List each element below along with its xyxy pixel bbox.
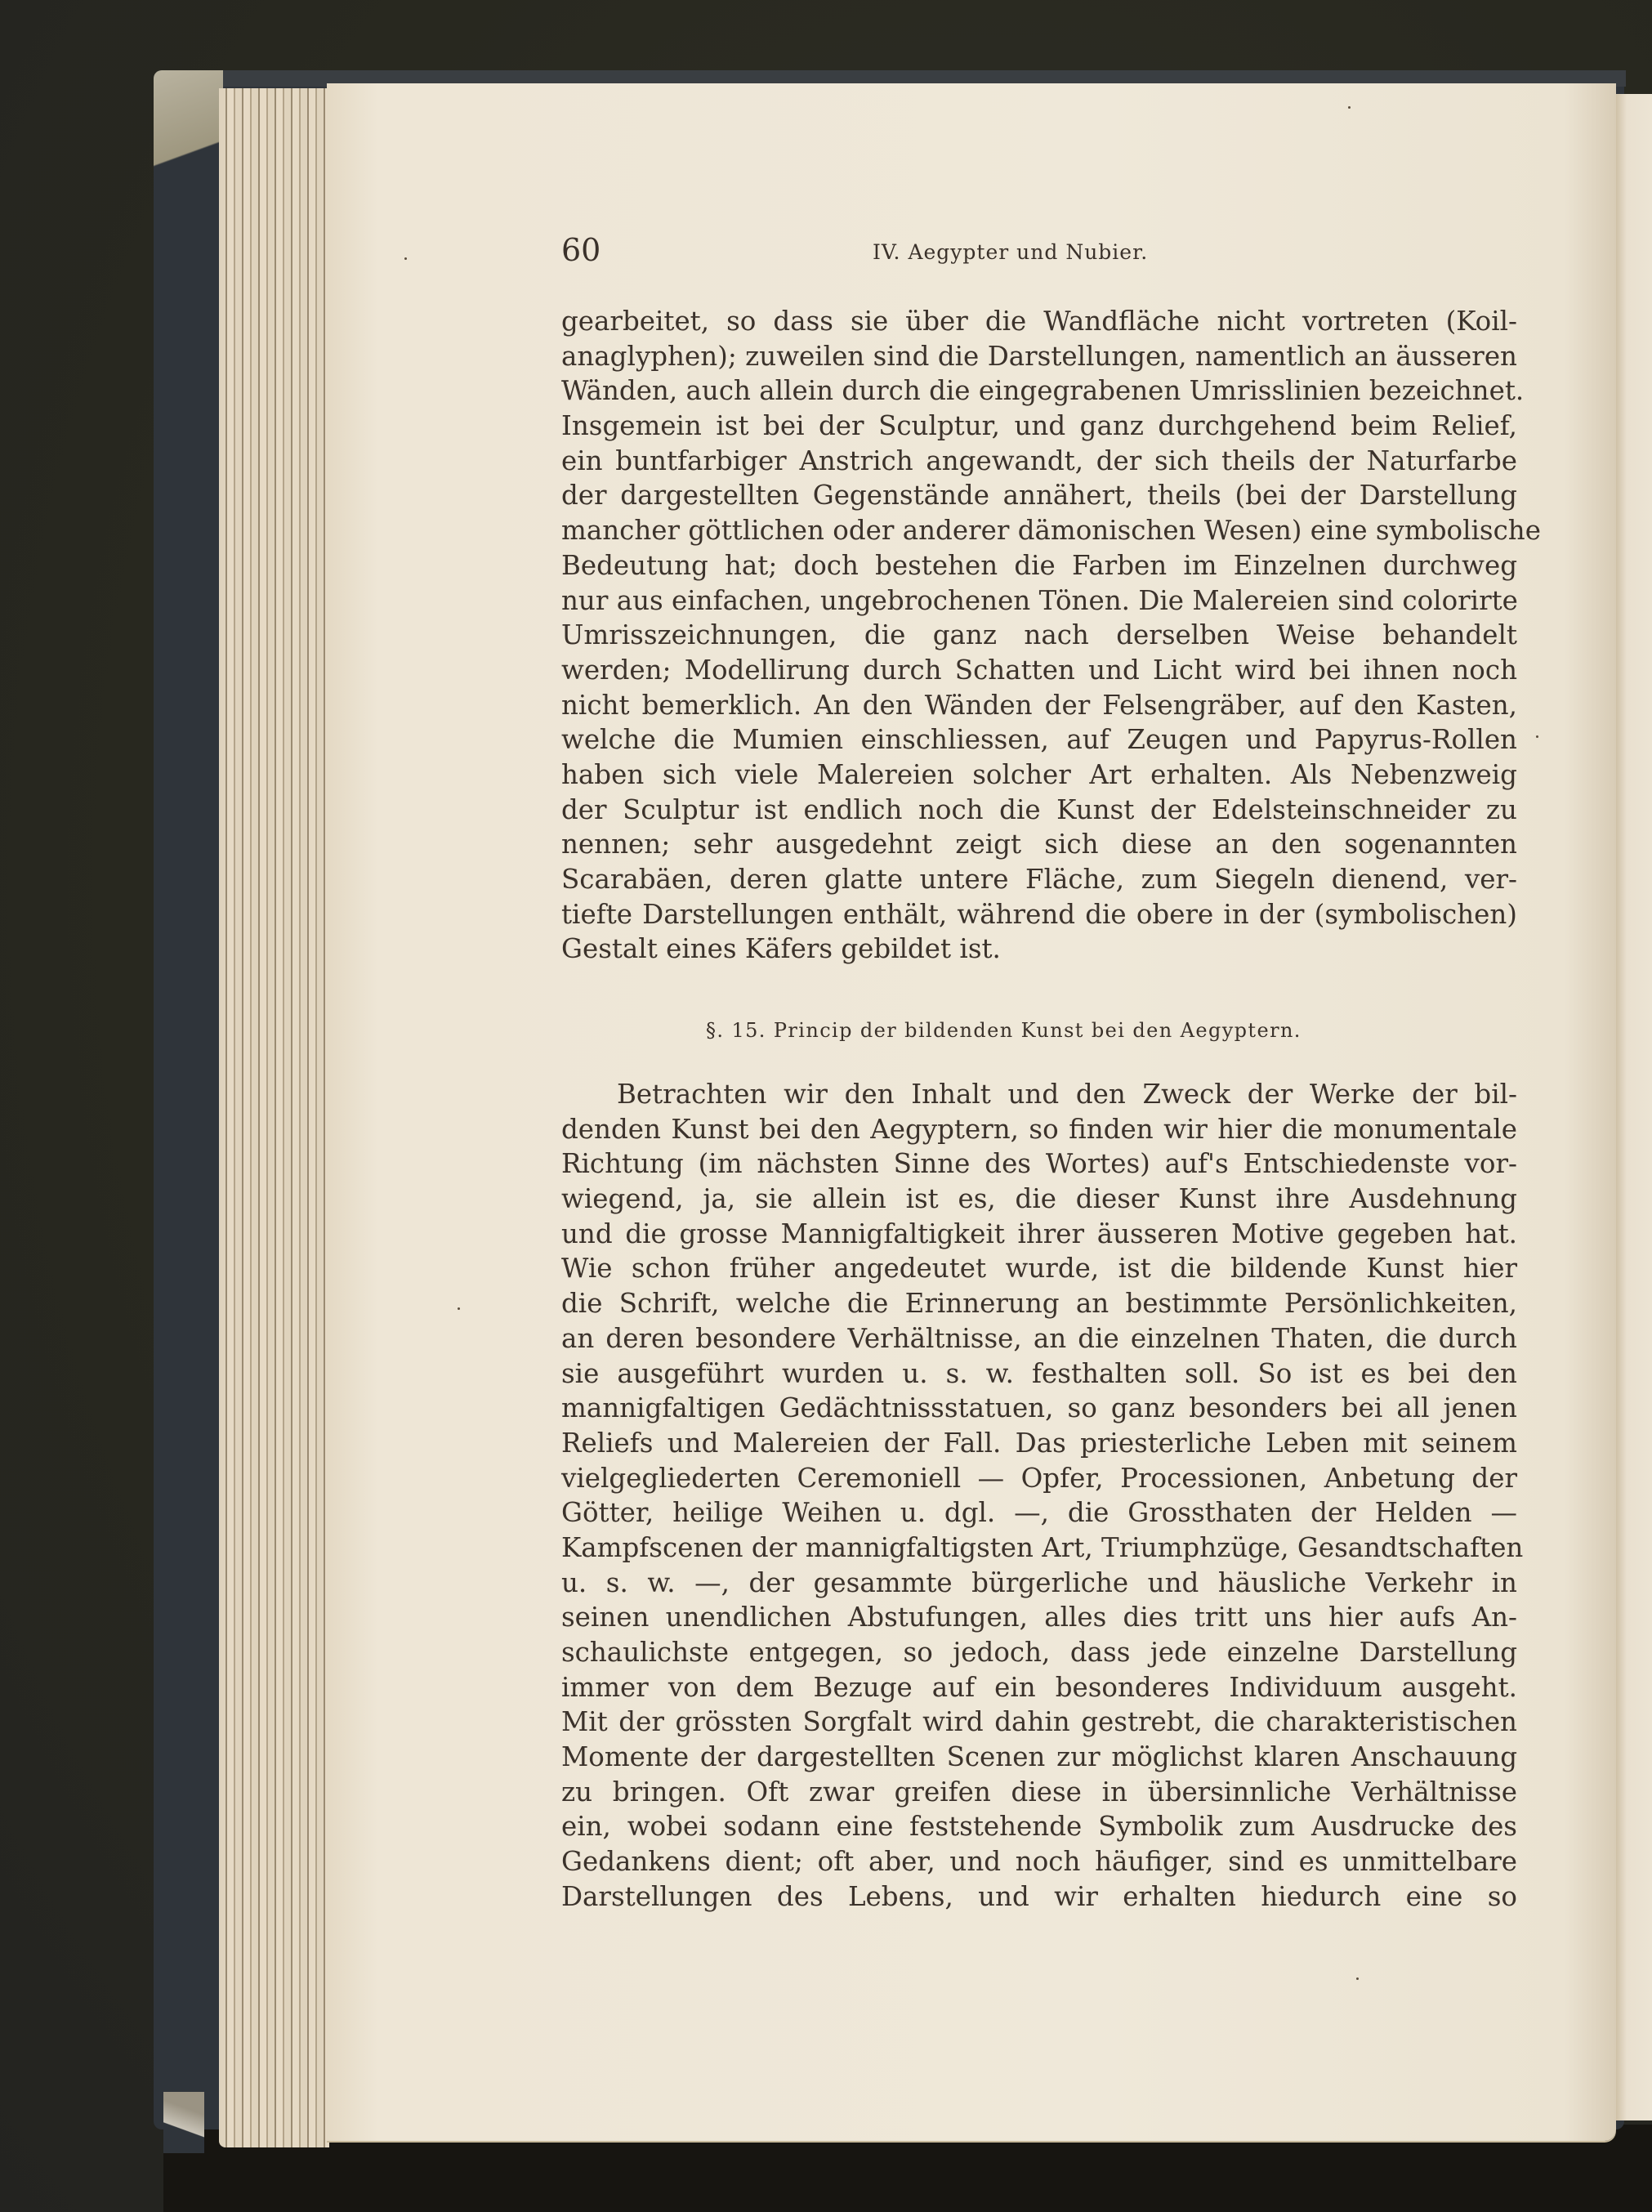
text-line: gearbeitet, so dass sie über die Wandflä… xyxy=(561,304,1517,339)
text-line: u. s. w. —, der gesammte bürgerliche und… xyxy=(561,1566,1517,1601)
text-line: vielgegliederten Ceremoniell — Opfer, Pr… xyxy=(561,1461,1517,1496)
text-line: Kampfscenen der mannigfaltigsten Art, Tr… xyxy=(561,1531,1517,1566)
text-line: der dargestellten Gegenstände annähert, … xyxy=(561,478,1517,513)
running-head: 60 IV. Aegypter und Nubier. xyxy=(561,234,1517,266)
text-line: ein buntfarbiger Anstrich angewandt, der… xyxy=(561,444,1517,479)
text-line: ein, wobei sodann eine feststehende Symb… xyxy=(561,1809,1517,1844)
text-line: Betrachten wir den Inhalt und den Zweck … xyxy=(561,1077,1517,1112)
page-edges-stack xyxy=(219,88,329,2147)
text-line: Wänden, auch allein durch die eingegrabe… xyxy=(561,373,1517,409)
text-line: Momente der dargestellten Scenen zur mög… xyxy=(561,1740,1517,1775)
text-line: nur aus einfachen, ungebrochenen Tönen. … xyxy=(561,583,1517,619)
text-line: denden Kunst bei den Aegyptern, so finde… xyxy=(561,1112,1517,1147)
text-line: sie ausgeführt wurden u. s. w. festhalte… xyxy=(561,1356,1517,1392)
text-line: seinen unendlichen Abstufungen, alles di… xyxy=(561,1600,1517,1635)
text-line: zu bringen. Oft zwar greifen diese in üb… xyxy=(561,1775,1517,1810)
text-line: haben sich viele Malereien solcher Art e… xyxy=(561,757,1517,793)
text-line: Gedankens dient; oft aber, und noch häuf… xyxy=(561,1844,1517,1879)
text-line: Mit der grössten Sorgfalt wird dahin ges… xyxy=(561,1705,1517,1740)
text-line: Umrisszeichnungen, die ganz nach derselb… xyxy=(561,618,1517,653)
text-line: und die grosse Mannigfaltigkeit ihrer äu… xyxy=(561,1217,1517,1252)
section-heading: §. 15. Princip der bildenden Kunst bei d… xyxy=(706,1017,1302,1043)
text-line: Wie schon früher angedeutet wurde, ist d… xyxy=(561,1251,1517,1286)
text-line: wiegend, ja, sie allein ist es, die dies… xyxy=(561,1182,1517,1217)
paragraph-2: Betrachten wir den Inhalt und den Zweck … xyxy=(561,1077,1517,1915)
text-line: Gestalt eines Käfers gebildet ist. xyxy=(561,932,1517,967)
facing-page-edge xyxy=(1616,94,1652,2120)
text-line: der Sculptur ist endlich noch die Kunst … xyxy=(561,793,1517,828)
text-line: Götter, heilige Weihen u. dgl. —, die Gr… xyxy=(561,1495,1517,1531)
text-line: tiefte Darstellungen enthält, während di… xyxy=(561,897,1517,932)
text-line: Scarabäen, deren glatte untere Fläche, z… xyxy=(561,862,1517,897)
text-line: Bedeutung hat; doch bestehen die Farben … xyxy=(561,548,1517,583)
text-line: nicht bemerklich. An den Wänden der Fels… xyxy=(561,688,1517,723)
text-line: Insgemein ist bei der Sculptur, und ganz… xyxy=(561,409,1517,444)
text-line: Reliefs und Malereien der Fall. Das prie… xyxy=(561,1426,1517,1461)
text-line: die Schrift, welche die Erinnerung an be… xyxy=(561,1286,1517,1321)
running-head-title: IV. Aegypter und Nubier. xyxy=(873,240,1148,265)
page-number: 60 xyxy=(561,234,601,266)
text-line: nennen; sehr ausgedehnt zeigt sich diese… xyxy=(561,827,1517,862)
text-line: anaglyphen); zuweilen sind die Darstellu… xyxy=(561,339,1517,374)
text-line: an deren besondere Verhältnisse, an die … xyxy=(561,1321,1517,1356)
text-line: mannigfaltigen Gedächtnissstatuen, so ga… xyxy=(561,1391,1517,1426)
worn-cover-corner-bottom xyxy=(163,2092,204,2153)
text-line: Richtung (im nächsten Sinne des Wortes) … xyxy=(561,1146,1517,1182)
text-line: welche die Mumien einschliessen, auf Zeu… xyxy=(561,722,1517,757)
worn-cover-corner-top xyxy=(154,70,223,217)
paragraph-1: gearbeitet, so dass sie über die Wandflä… xyxy=(561,304,1517,967)
text-line: werden; Modellirung durch Schatten und L… xyxy=(561,653,1517,688)
text-line: mancher göttlichen oder anderer dämonisc… xyxy=(561,513,1517,548)
text-line: schaulichste entgegen, so jedoch, dass j… xyxy=(561,1635,1517,1670)
text-line: Darstellungen des Lebens, und wir erhalt… xyxy=(561,1879,1517,1915)
text-line: immer von dem Bezuge auf ein besonderes … xyxy=(561,1670,1517,1705)
